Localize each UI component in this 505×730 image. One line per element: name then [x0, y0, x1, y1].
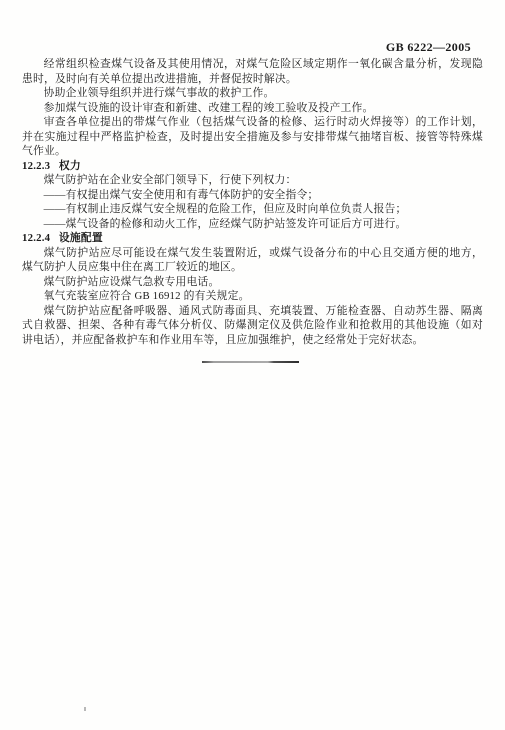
paragraph: 经常组织检查煤气设备及其使用情况，对煤气危险区域定期作一氧化碳含量分析，发现隐患…: [22, 57, 483, 86]
section-number: 12.2.4: [22, 232, 50, 244]
paragraph: ——煤气设备的检修和动火工作，应经煤气防护站签发许可证后方可进行。: [22, 217, 483, 232]
end-of-text-rule: [202, 361, 299, 363]
section-number: 12.2.3: [22, 160, 50, 172]
paragraph: ——有权制止违反煤气安全规程的危险工作，但应及时向单位负责人报告；: [22, 202, 483, 217]
section-title: 权力: [59, 160, 81, 172]
paragraph: 煤气防护站在企业安全部门领导下，行使下列权力：: [22, 173, 483, 188]
section-title: 设施配置: [59, 232, 103, 244]
paragraph: 审查各单位提出的带煤气作业（包括煤气设备的检修、运行时动火焊接等）的工作计划，并…: [22, 115, 483, 159]
standard-number: GB 6222—2005: [386, 40, 471, 55]
paragraph: ——有权提出煤气安全使用和有毒气体防护的安全指令；: [22, 188, 483, 203]
scan-artifact: [84, 707, 86, 711]
paragraph: 煤气防护站应尽可能设在煤气发生装置附近，或煤气设备分布的中心且交通方便的地方，煤…: [22, 246, 483, 275]
scanned-document-page: GB 6222—2005 经常组织检查煤气设备及其使用情况，对煤气危险区域定期作…: [0, 0, 505, 730]
section-heading: 12.2.3权力: [22, 159, 483, 174]
document-body: 经常组织检查煤气设备及其使用情况，对煤气危险区域定期作一氧化碳含量分析，发现隐患…: [22, 57, 483, 347]
paragraph: 煤气防护站应设煤气急救专用电话。: [22, 275, 483, 290]
paragraph: 煤气防护站应配备呼吸器、通风式防毒面具、充填装置、万能检查器、自动苏生器、隔离式…: [22, 304, 483, 348]
section-heading: 12.2.4设施配置: [22, 231, 483, 246]
paragraph: 协助企业领导组织并进行煤气事故的救护工作。: [22, 86, 483, 101]
paragraph: 氧气充装室应符合 GB 16912 的有关规定。: [22, 289, 483, 304]
paragraph: 参加煤气设施的设计审查和新建、改建工程的竣工验收及投产工作。: [22, 101, 483, 116]
